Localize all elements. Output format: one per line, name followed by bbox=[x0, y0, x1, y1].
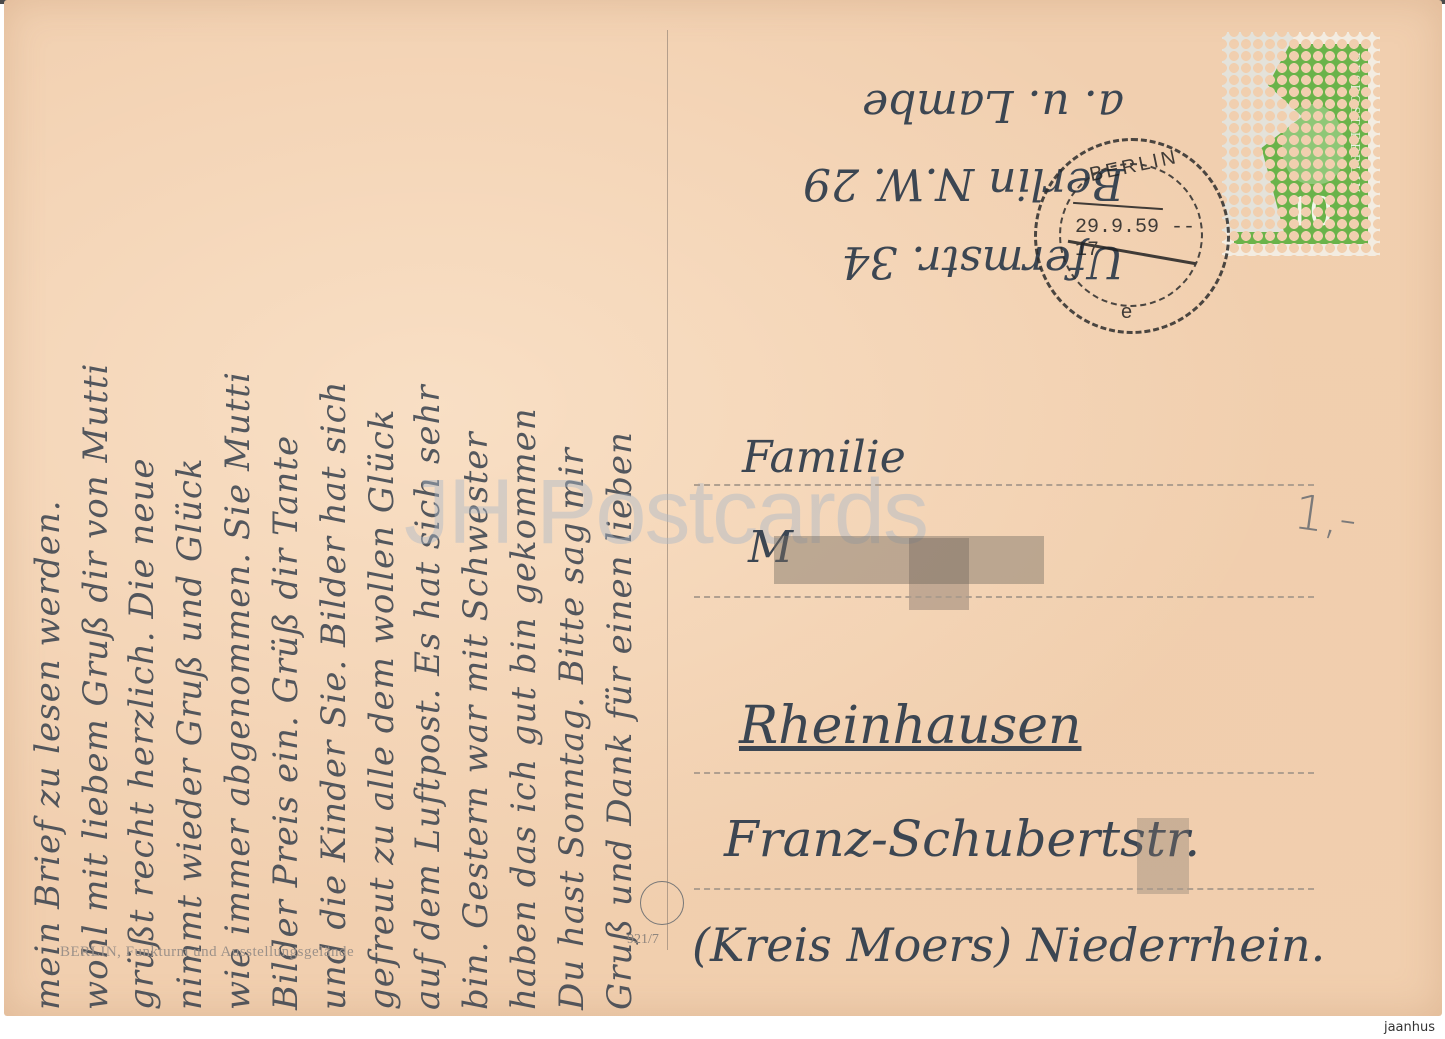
message-column: grüßt recht herzlich. Die neue bbox=[122, 458, 162, 1010]
postcard-back: mein Brief zu lesen werden. wohl mit lie… bbox=[4, 0, 1442, 1016]
site-credit: jaanhus bbox=[1384, 1020, 1435, 1035]
message-column: wie immer abgenommen. Sie Mutti bbox=[218, 371, 258, 1010]
message-column: nimmt wieder Gruß und Glück bbox=[170, 457, 210, 1010]
address-dashed-line bbox=[694, 484, 1314, 486]
message-column: Bilder Preis ein. Grüß dir Tante bbox=[266, 435, 306, 1010]
redacted-name bbox=[909, 538, 969, 610]
postmark: BERLIN 29.9.59 -- 17 e bbox=[1034, 138, 1230, 334]
address-line-1: Familie bbox=[742, 432, 906, 483]
sender-line: a. u. Lambe bbox=[744, 66, 1124, 144]
price-mark: 1,- bbox=[1290, 484, 1360, 548]
printed-caption: BERLIN, Funkturm und Ausstellungsgelände bbox=[60, 944, 354, 961]
message-column: wohl mit liebem Gruß dir von Mutti bbox=[76, 363, 116, 1010]
stamp-issuer: DESPOST BERLIN bbox=[1346, 52, 1362, 194]
redacted-street-number bbox=[1137, 818, 1189, 894]
postage-stamp: DESPOST BERLIN 10 bbox=[1222, 32, 1380, 256]
address-dashed-line bbox=[694, 596, 1314, 598]
address-region: (Kreis Moers) Niederrhein. bbox=[692, 918, 1325, 972]
stamp-value: 10 bbox=[1288, 185, 1332, 236]
postmark-district: e bbox=[1121, 301, 1132, 324]
message-column: und die Kinder Sie. Bilder hat sich bbox=[314, 380, 354, 1010]
publisher-logo-icon bbox=[640, 881, 684, 925]
address-city: Rheinhausen bbox=[739, 696, 1081, 756]
address-dashed-line bbox=[694, 772, 1314, 774]
address-dashed-line bbox=[694, 888, 1314, 890]
message-column: mein Brief zu lesen werden. bbox=[28, 499, 68, 1010]
message-column: gefreut zu alle dem wollen Glück bbox=[362, 409, 402, 1010]
address-street: Franz-Schubertstr. bbox=[724, 810, 1200, 868]
publisher-number: 921/7 bbox=[627, 932, 659, 948]
